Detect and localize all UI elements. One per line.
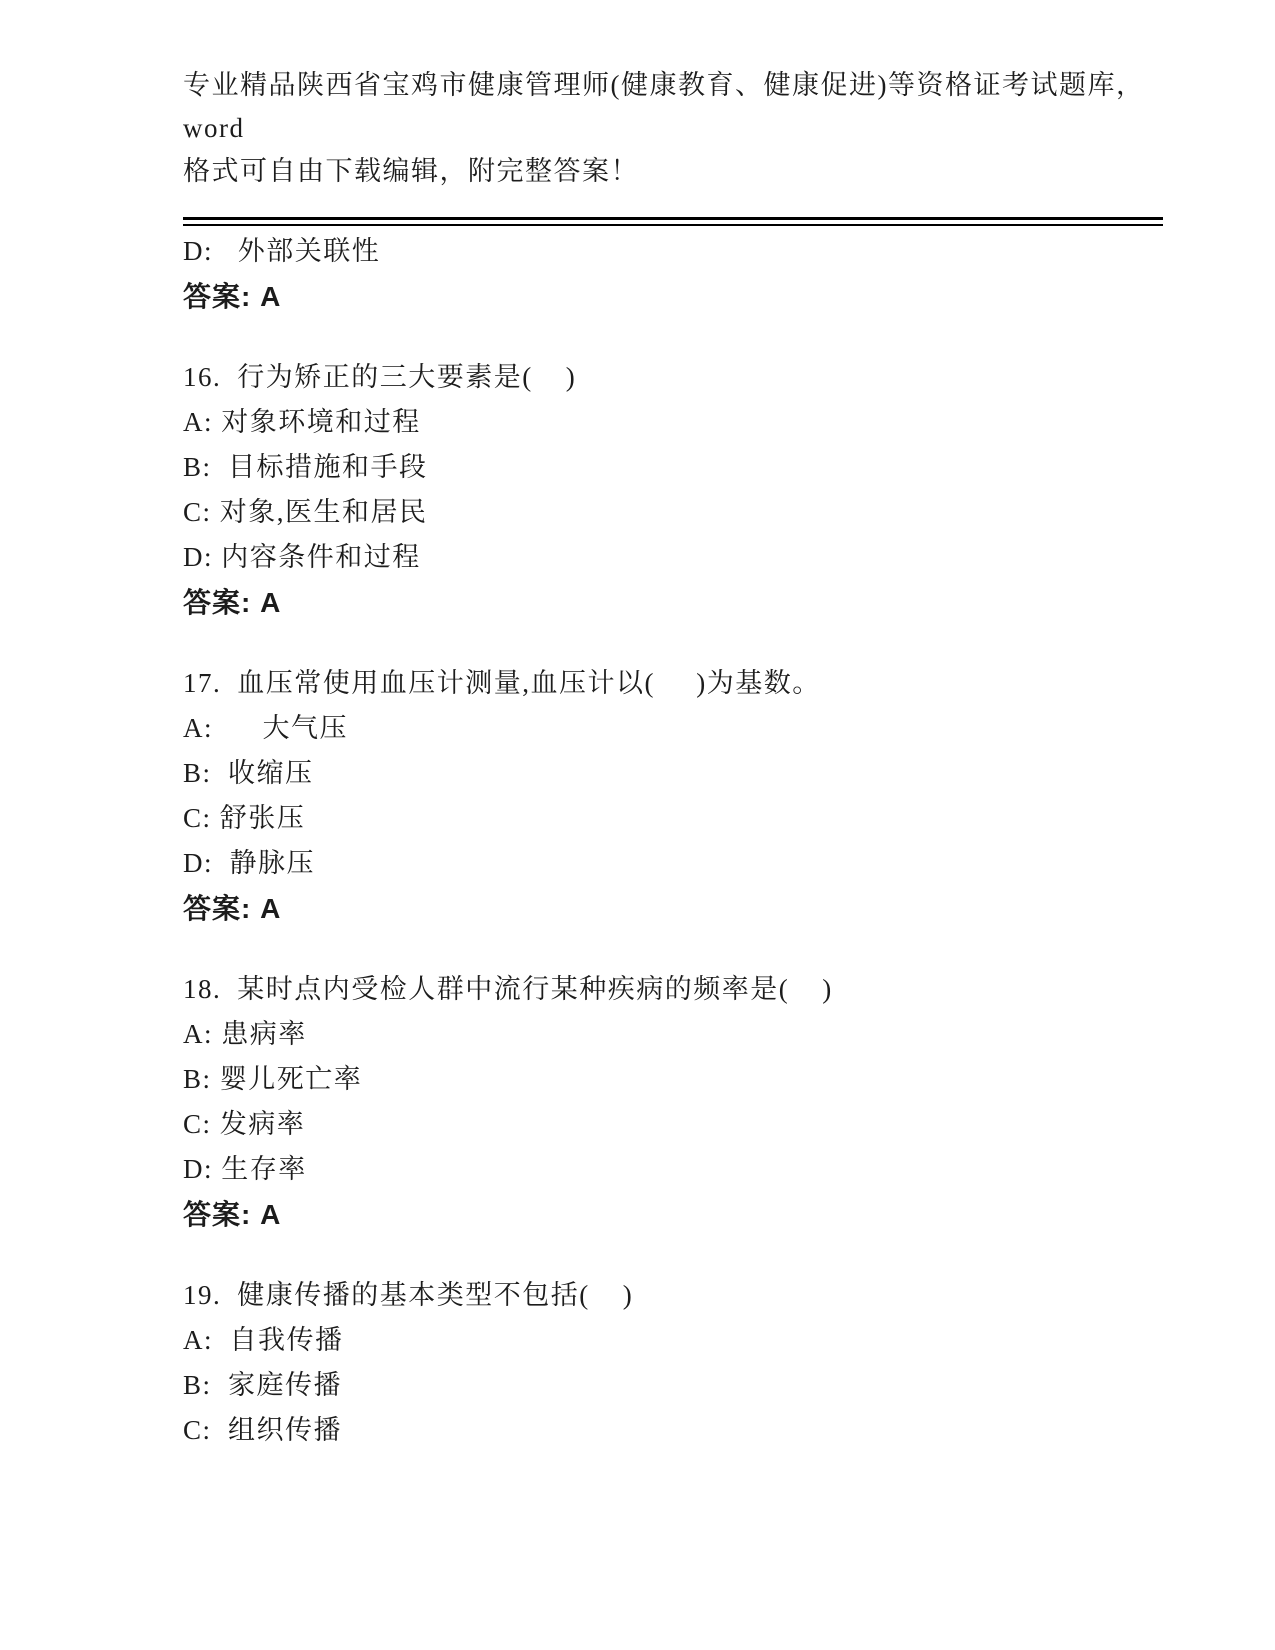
question-17-answer-line: 答案: A (183, 886, 1168, 931)
question-18: 18.某时点内受检人群中流行某种疾病的频率是( ) A: 患病率 B: 婴儿死亡… (183, 967, 1168, 1237)
question-18-option-d: D: 生存率 (183, 1147, 1168, 1192)
question-16-stem-line: 16.行为矫正的三大要素是( ) (183, 355, 1168, 400)
question-17-option-d: D: 静脉压 (183, 841, 1168, 886)
prev-question-answer-value: A (260, 281, 281, 312)
question-17-option-a: A: 大气压 (183, 706, 1168, 751)
question-17-stem: 血压常使用血压计测量,血压计以( )为基数。 (237, 668, 820, 698)
question-16-stem: 行为矫正的三大要素是( ) (237, 362, 576, 392)
question-16-answer-line: 答案: A (183, 580, 1168, 625)
header-divider-double-rule (183, 217, 1163, 226)
question-18-stem-line: 18.某时点内受检人群中流行某种疾病的频率是( ) (183, 967, 1168, 1012)
question-17-number: 17. (183, 668, 221, 698)
document-content: 专业精品陕西省宝鸡市健康管理师(健康教育、健康促进)等资格证考试题库，word … (183, 64, 1168, 1453)
question-19: 19.健康传播的基本类型不包括( ) A: 自我传播 B: 家庭传播 C: 组织… (183, 1273, 1168, 1453)
question-18-answer-value: A (260, 1199, 281, 1230)
question-17-stem-line: 17.血压常使用血压计测量,血压计以( )为基数。 (183, 661, 1168, 706)
prev-question-answer-label: 答案: (183, 281, 260, 312)
header-line-1: 专业精品陕西省宝鸡市健康管理师(健康教育、健康促进)等资格证考试题库，word (183, 64, 1168, 150)
question-16-option-a: A: 对象环境和过程 (183, 400, 1168, 445)
paragraph-spacer (183, 1237, 1168, 1273)
prev-question-answer-line: 答案: A (183, 274, 1168, 319)
question-19-stem: 健康传播的基本类型不包括( ) (237, 1280, 633, 1310)
paragraph-spacer (183, 319, 1168, 355)
document-page: 专业精品陕西省宝鸡市健康管理师(健康教育、健康促进)等资格证考试题库，word … (0, 0, 1275, 1650)
question-19-option-c: C: 组织传播 (183, 1408, 1168, 1453)
question-17-option-b: B: 收缩压 (183, 751, 1168, 796)
header-line-2: 格式可自由下载编辑，附完整答案！ (183, 150, 1168, 193)
paragraph-spacer (183, 931, 1168, 967)
question-19-option-a: A: 自我传播 (183, 1318, 1168, 1363)
question-17: 17.血压常使用血压计测量,血压计以( )为基数。 A: 大气压 B: 收缩压 … (183, 661, 1168, 931)
question-18-number: 18. (183, 974, 221, 1004)
paragraph-spacer (183, 625, 1168, 661)
question-18-option-b: B: 婴儿死亡率 (183, 1057, 1168, 1102)
question-16-option-d: D: 内容条件和过程 (183, 535, 1168, 580)
question-18-option-a: A: 患病率 (183, 1012, 1168, 1057)
question-16-option-b: B: 目标措施和手段 (183, 445, 1168, 490)
question-17-option-c: C: 舒张压 (183, 796, 1168, 841)
question-19-stem-line: 19.健康传播的基本类型不包括( ) (183, 1273, 1168, 1318)
question-18-option-c: C: 发病率 (183, 1102, 1168, 1147)
question-18-stem: 某时点内受检人群中流行某种疾病的频率是( ) (237, 974, 832, 1004)
question-18-answer-line: 答案: A (183, 1192, 1168, 1237)
question-17-answer-label: 答案: (183, 893, 260, 924)
question-16-number: 16. (183, 362, 221, 392)
question-16-answer-label: 答案: (183, 587, 260, 618)
question-19-option-b: B: 家庭传播 (183, 1363, 1168, 1408)
prev-question-option-d: D: 外部关联性 (183, 229, 1168, 274)
question-16-answer-value: A (260, 587, 281, 618)
question-18-answer-label: 答案: (183, 1199, 260, 1230)
question-19-number: 19. (183, 1280, 221, 1310)
question-17-answer-value: A (260, 893, 281, 924)
question-16: 16.行为矫正的三大要素是( ) A: 对象环境和过程 B: 目标措施和手段 C… (183, 355, 1168, 625)
question-16-option-c: C: 对象,医生和居民 (183, 490, 1168, 535)
